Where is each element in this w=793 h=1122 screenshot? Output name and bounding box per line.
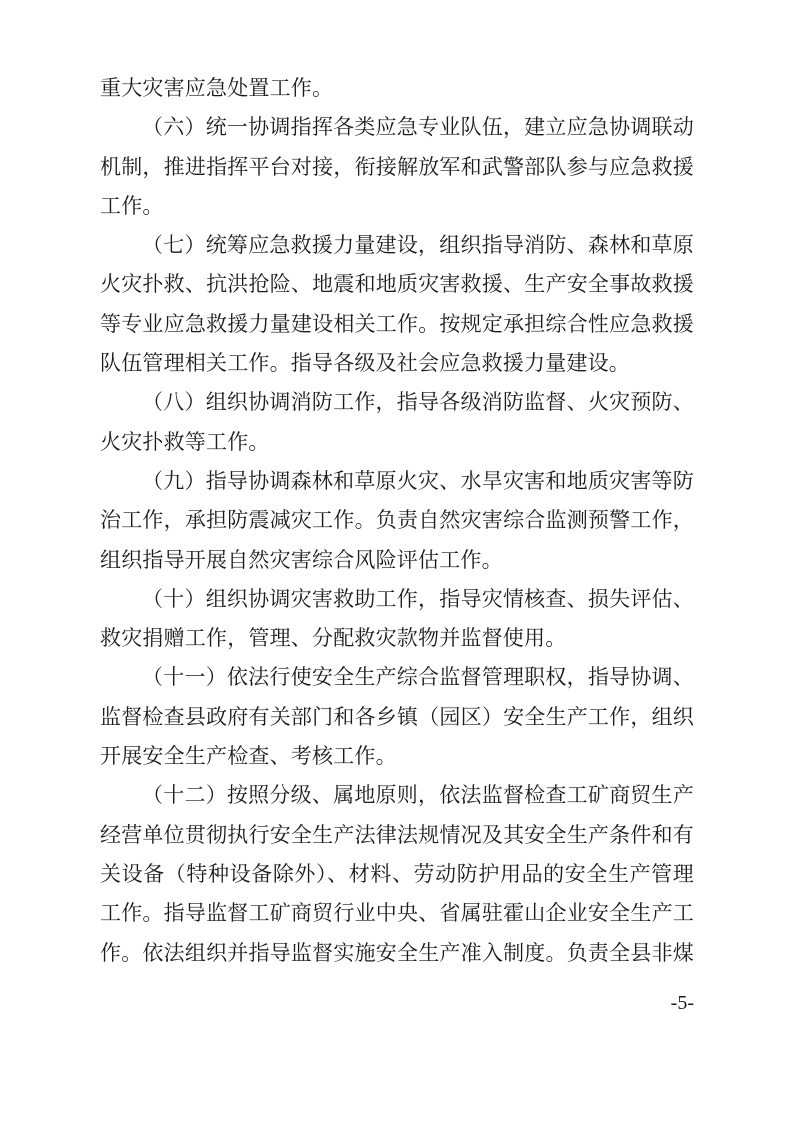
document-text-line: 工作。指导监督工矿商贸行业中央、省属驻霍山企业安全生产工 xyxy=(100,894,694,933)
page-number: -5- xyxy=(100,990,694,1016)
document-text-line: 开展安全生产检查、考核工作。 xyxy=(100,737,694,776)
document-text-line: 监督检查县政府有关部门和各乡镇（园区）安全生产工作，组织 xyxy=(100,698,694,737)
document-body: 重大灾害应急处置工作。 （六）统一协调指挥各类应急专业队伍，建立应急协调联动 机… xyxy=(100,69,694,973)
document-text-line: （六）统一协调指挥各类应急专业队伍，建立应急协调联动 xyxy=(100,108,694,147)
document-text-line: （七）统筹应急救援力量建设，组织指导消防、森林和草原 xyxy=(100,226,694,265)
document-text-line: 治工作，承担防震减灾工作。负责自然灾害综合监测预警工作， xyxy=(100,501,694,540)
document-text-line: 火灾扑救、抗洪抢险、地震和地质灾害救援、生产安全事故救援 xyxy=(100,265,694,304)
document-text-line: 救灾捐赠工作，管理、分配救灾款物并监督使用。 xyxy=(100,619,694,658)
document-text-line: （十）组织协调灾害救助工作，指导灾情核查、损失评估、 xyxy=(100,580,694,619)
document-text-line: 队伍管理相关工作。指导各级及社会应急救援力量建设。 xyxy=(100,344,694,383)
document-text-line: （十一）依法行使安全生产综合监督管理职权，指导协调、 xyxy=(100,658,694,697)
document-text-line: 重大灾害应急处置工作。 xyxy=(100,69,694,108)
document-text-line: （九）指导协调森林和草原火灾、水旱灾害和地质灾害等防 xyxy=(100,462,694,501)
document-text-line: 关设备（特种设备除外）、材料、劳动防护用品的安全生产管理 xyxy=(100,855,694,894)
document-page: 重大灾害应急处置工作。 （六）统一协调指挥各类应急专业队伍，建立应急协调联动 机… xyxy=(0,0,793,1122)
document-text-line: 等专业应急救援力量建设相关工作。按规定承担综合性应急救援 xyxy=(100,305,694,344)
document-text-line: （十二）按照分级、属地原则，依法监督检查工矿商贸生产 xyxy=(100,776,694,815)
document-text-line: 工作。 xyxy=(100,187,694,226)
document-text-line: 机制，推进指挥平台对接，衔接解放军和武警部队参与应急救援 xyxy=(100,148,694,187)
document-text-line: 作。依法组织并指导监督实施安全生产准入制度。负责全县非煤 xyxy=(100,934,694,973)
document-text-line: 组织指导开展自然灾害综合风险评估工作。 xyxy=(100,541,694,580)
document-text-line: 经营单位贯彻执行安全生产法律法规情况及其安全生产条件和有 xyxy=(100,816,694,855)
document-text-line: 火灾扑救等工作。 xyxy=(100,423,694,462)
document-text-line: （八）组织协调消防工作，指导各级消防监督、火灾预防、 xyxy=(100,383,694,422)
